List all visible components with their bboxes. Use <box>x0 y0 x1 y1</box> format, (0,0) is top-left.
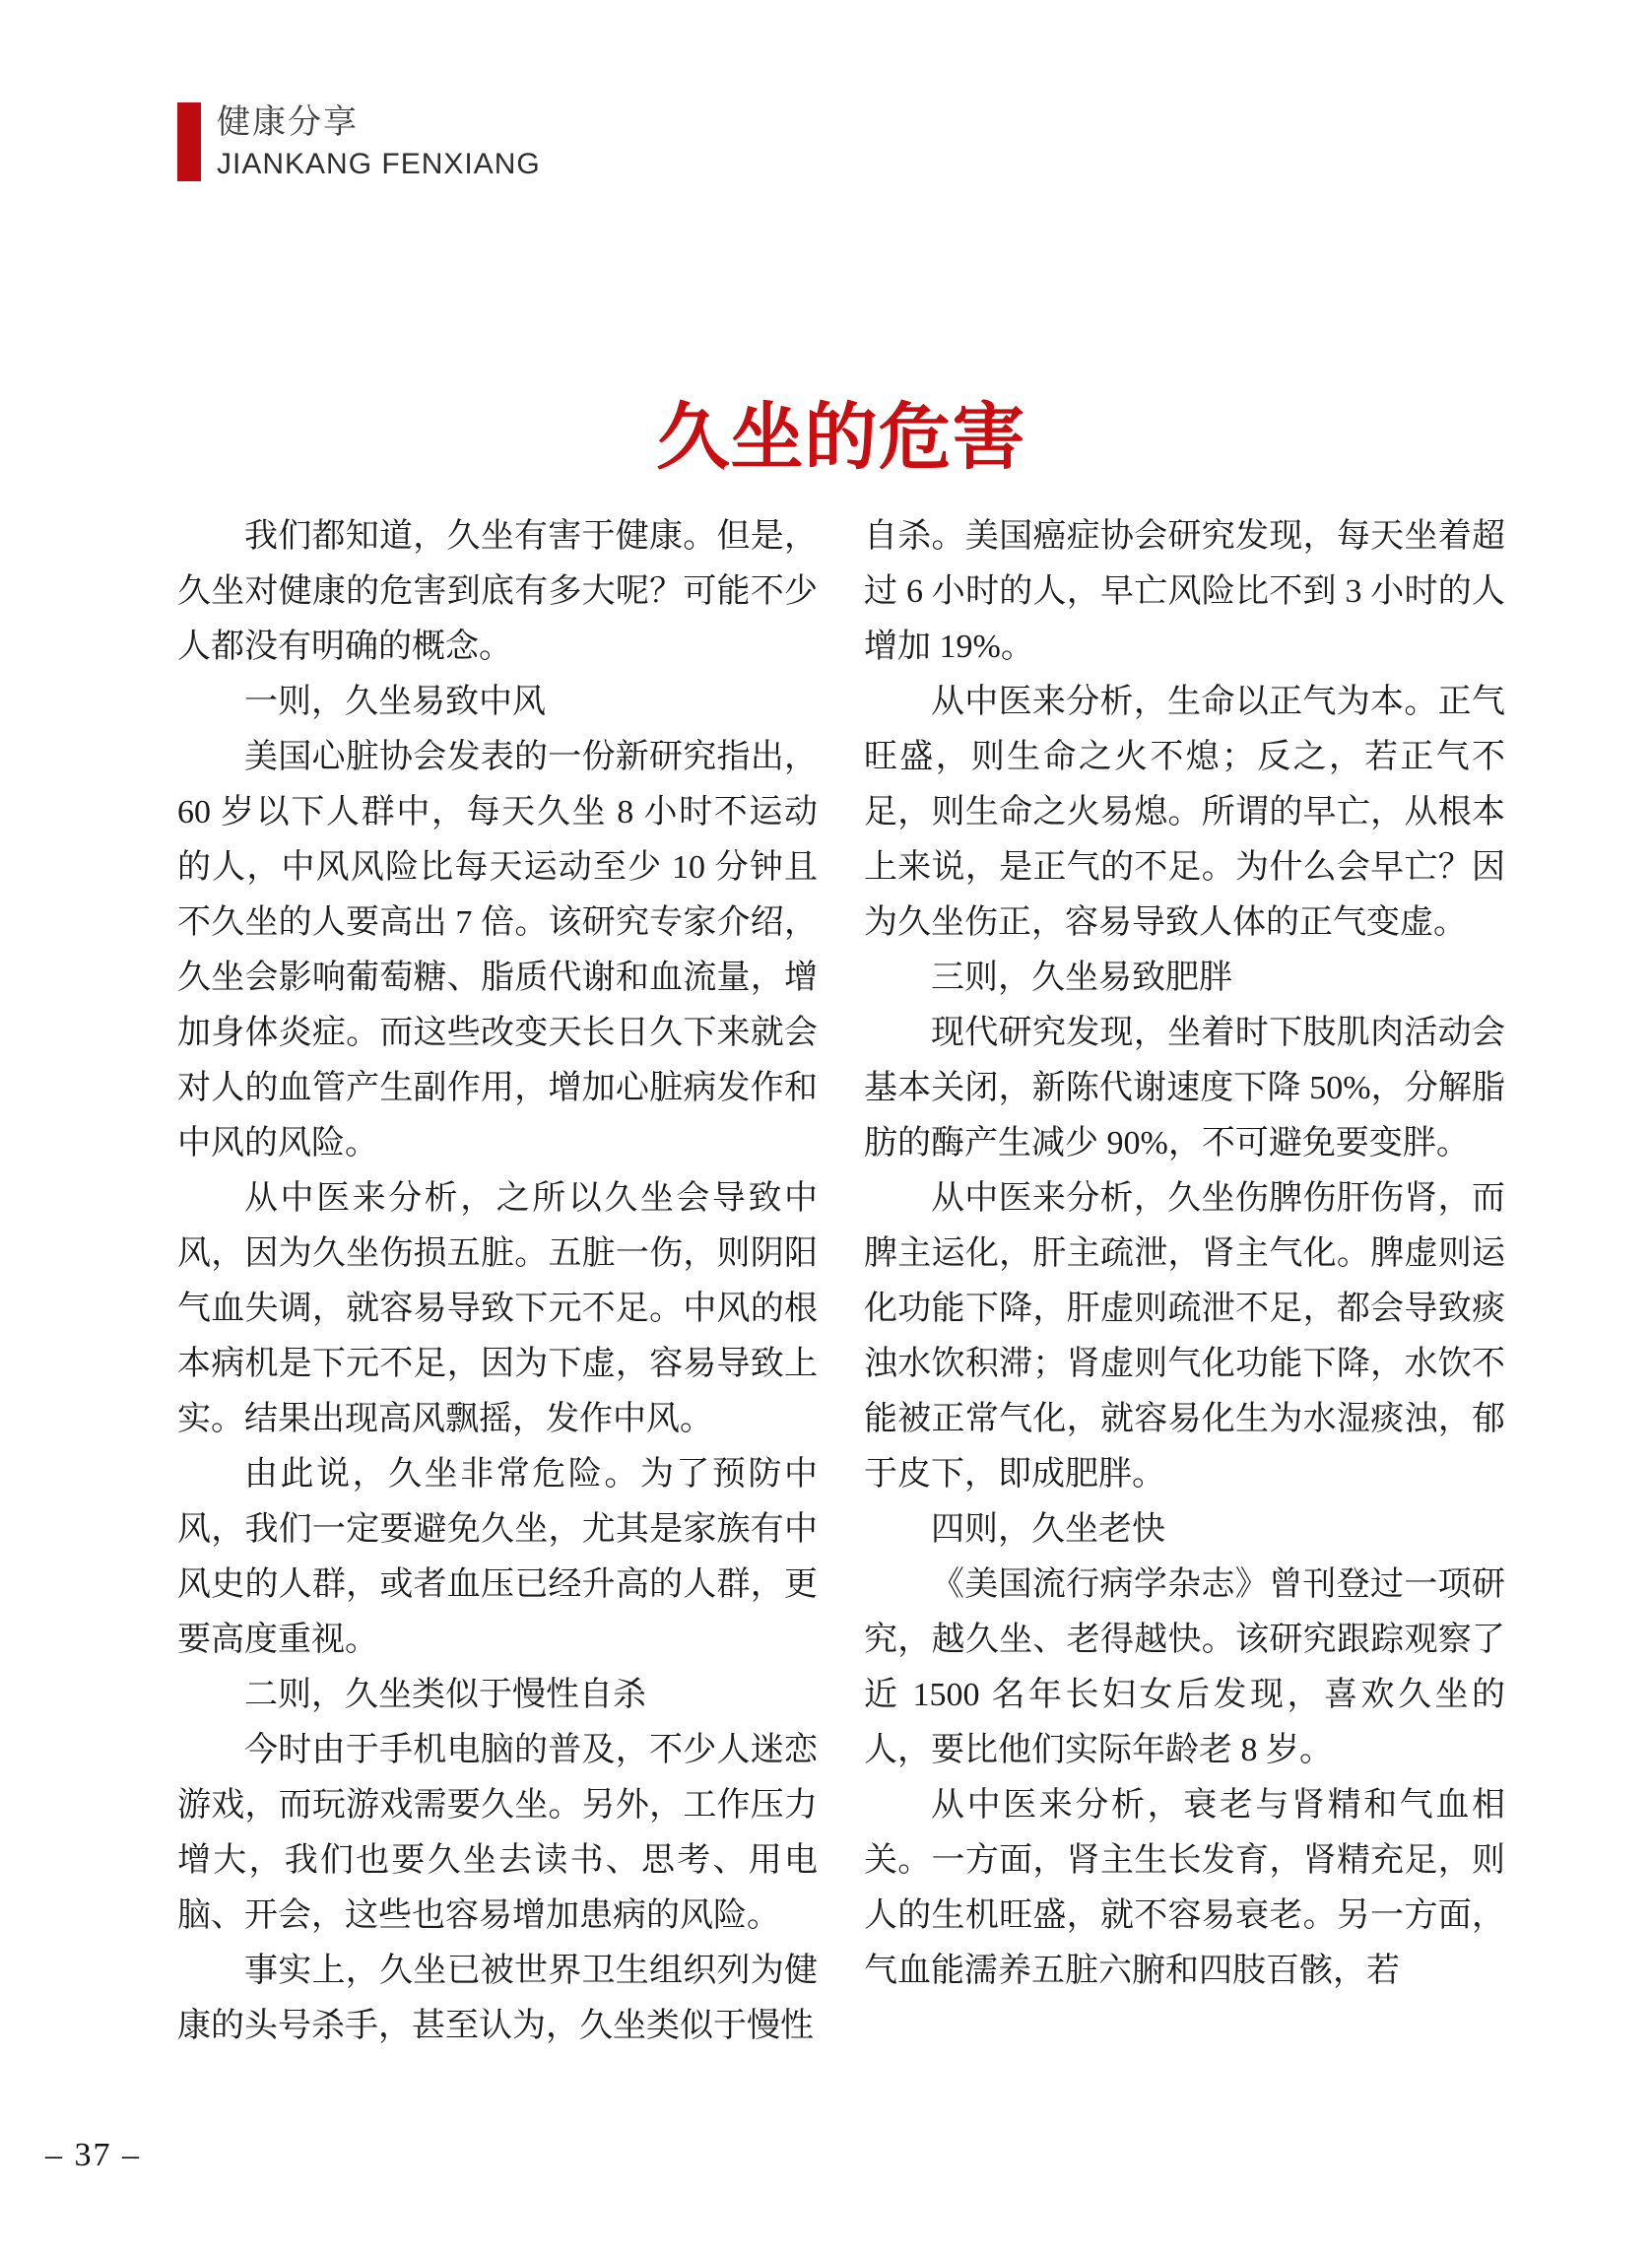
paragraph: 从中医来分析，衰老与肾精和气血相关。一方面，肾主生长发育，肾精充足，则人的生机旺… <box>864 1778 1505 1999</box>
paragraph: 现代研究发现，坐着时下肢肌肉活动会基本关闭，新陈代谢速度下降 50%，分解脂肪的… <box>864 1006 1505 1171</box>
paragraph-continuation: 自杀。美国癌症协会研究发现，每天坐着超过 6 小时的人，早亡风险比不到 3 小时… <box>864 509 1505 675</box>
paragraph: 从中医来分析，久坐伤脾伤肝伤肾，而脾主运化，肝主疏泄，肾主气化。脾虚则运化功能下… <box>864 1171 1505 1502</box>
article-column-left: 我们都知道，久坐有害于健康。但是，久坐对健康的危害到底有多大呢？可能不少人都没有… <box>177 509 818 2054</box>
article-column-right: 自杀。美国癌症协会研究发现，每天坐着超过 6 小时的人，早亡风险比不到 3 小时… <box>864 509 1505 2054</box>
paragraph: 《美国流行病学杂志》曾刊登过一项研究，越久坐、老得越快。该研究跟踪观察了近 15… <box>864 1558 1505 1778</box>
article-body: 我们都知道，久坐有害于健康。但是，久坐对健康的危害到底有多大呢？可能不少人都没有… <box>177 509 1505 2054</box>
section-header-text: 健康分享 JIANKANG FENXIANG <box>217 102 541 181</box>
paragraph: 由此说，久坐非常危险。为了预防中风，我们一定要避免久坐，尤其是家族有中风史的人群… <box>177 1447 818 1668</box>
section-header: 健康分享 JIANKANG FENXIANG <box>177 102 541 181</box>
paragraph-heading: 三则，久坐易致肥胖 <box>864 951 1505 1006</box>
paragraph: 美国心脏协会发表的一份新研究指出，60 岁以下人群中，每天久坐 8 小时不运动的… <box>177 730 818 1171</box>
page-number: – 37 – <box>45 2136 141 2175</box>
magazine-page: 健康分享 JIANKANG FENXIANG 久坐的危害 我们都知道，久坐有害于… <box>0 0 1652 2257</box>
paragraph: 我们都知道，久坐有害于健康。但是，久坐对健康的危害到底有多大呢？可能不少人都没有… <box>177 509 818 675</box>
paragraph: 事实上，久坐已被世界卫生组织列为健康的头号杀手，甚至认为，久坐类似于慢性 <box>177 1944 818 2054</box>
paragraph: 今时由于手机电脑的普及，不少人迷恋游戏，而玩游戏需要久坐。另外，工作压力增大，我… <box>177 1723 818 1944</box>
article-title: 久坐的危害 <box>177 396 1505 481</box>
section-title-zh: 健康分享 <box>217 104 541 142</box>
paragraph: 从中医来分析，之所以久坐会导致中风，因为久坐伤损五脏。五脏一伤，则阴阳气血失调，… <box>177 1171 818 1447</box>
paragraph-heading: 一则，久坐易致中风 <box>177 675 818 730</box>
paragraph: 从中医来分析，生命以正气为本。正气旺盛，则生命之火不熄；反之，若正气不足，则生命… <box>864 675 1505 951</box>
paragraph-heading: 二则，久坐类似于慢性自杀 <box>177 1668 818 1723</box>
section-title-en: JIANKANG FENXIANG <box>217 148 541 181</box>
red-accent-bar <box>177 102 201 181</box>
paragraph-heading: 四则，久坐老快 <box>864 1502 1505 1558</box>
